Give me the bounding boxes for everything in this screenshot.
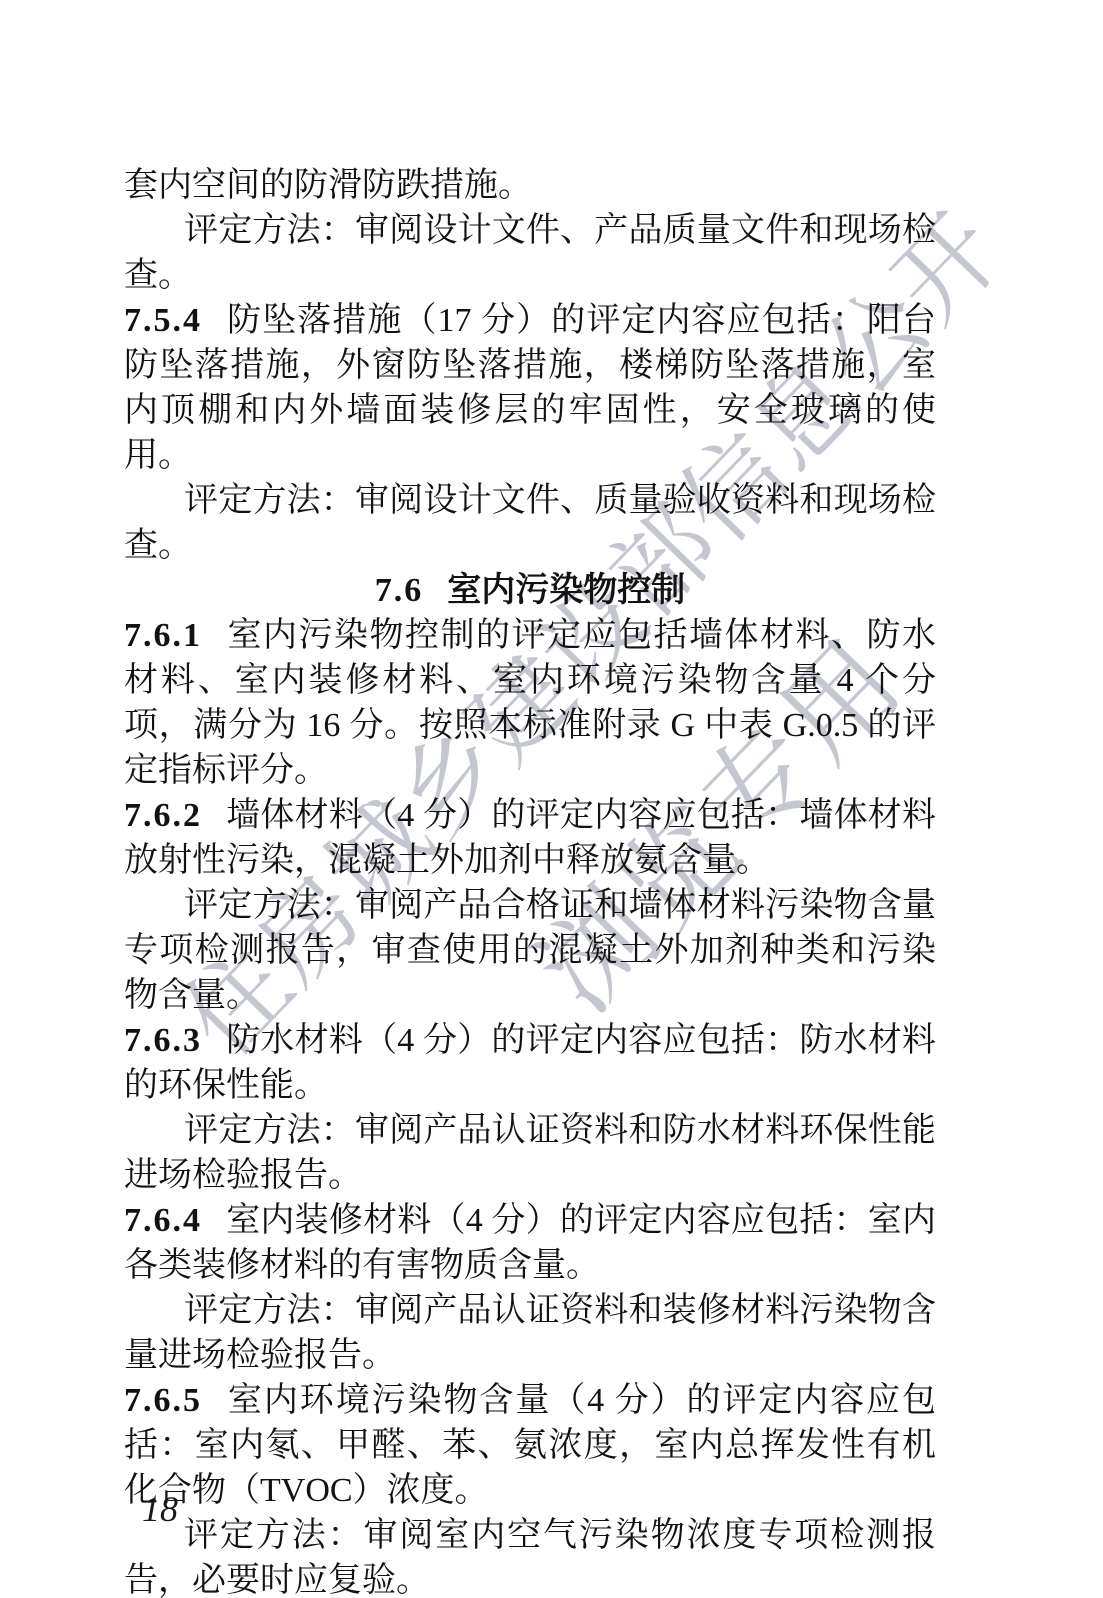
clause-paragraph: 7.6.1室内污染物控制的评定应包括墙体材料、防水材料、室内装修材料、室内环境污…: [124, 613, 936, 793]
clause-number: 7.6.2: [124, 797, 202, 834]
clause-text: 室内污染物控制的评定应包括墙体材料、防水材料、室内装修材料、室内环境污染物含量 …: [124, 617, 936, 789]
section-heading-number: 7.6: [375, 572, 424, 609]
section-heading: 7.6室内污染物控制: [124, 568, 936, 613]
section-heading-title: 室内污染物控制: [447, 572, 685, 609]
clause-number: 7.6.1: [124, 617, 202, 654]
document-page: 住房城乡建设部信息公开 浏览专用 套内空间的防滑防跌措施。评定方法：审阅设计文件…: [0, 0, 1103, 1598]
clause-paragraph: 7.6.4室内装修材料（4 分）的评定内容应包括：室内各类装修材料的有害物质含量…: [124, 1198, 936, 1288]
clause-text: 室内环境污染物含量（4 分）的评定内容应包括：室内氡、甲醛、苯、氨浓度，室内总挥…: [124, 1382, 936, 1509]
clause-number: 7.6.3: [124, 1022, 202, 1059]
clause-paragraph: 7.6.5室内环境污染物含量（4 分）的评定内容应包括：室内氡、甲醛、苯、氨浓度…: [124, 1378, 936, 1513]
clause-number: 7.5.4: [124, 302, 202, 339]
method-paragraph: 评定方法：审阅设计文件、质量验收资料和现场检查。: [124, 478, 936, 568]
method-paragraph: 评定方法：审阅产品认证资料和装修材料污染物含量进场检验报告。: [124, 1288, 936, 1378]
clause-text: 墙体材料（4 分）的评定内容应包括：墙体材料放射性污染，混凝土外加剂中释放氨含量…: [124, 797, 936, 879]
method-paragraph: 评定方法：审阅设计文件、产品质量文件和现场检查。: [124, 208, 936, 298]
method-paragraph: 评定方法：审阅产品认证资料和防水材料环保性能进场检验报告。: [124, 1108, 936, 1198]
method-paragraph: 评定方法：审阅室内空气污染物浓度专项检测报告，必要时应复验。: [124, 1513, 936, 1598]
clause-number: 7.6.5: [124, 1382, 202, 1419]
clause-paragraph: 7.5.4防坠落措施（17 分）的评定内容应包括：阳台防坠落措施，外窗防坠落措施…: [124, 298, 936, 478]
clause-number: 7.6.4: [124, 1202, 202, 1239]
clause-text: 防坠落措施（17 分）的评定内容应包括：阳台防坠落措施，外窗防坠落措施，楼梯防坠…: [124, 302, 936, 474]
clause-text: 室内装修材料（4 分）的评定内容应包括：室内各类装修材料的有害物质含量。: [124, 1202, 936, 1284]
method-paragraph: 评定方法：审阅产品合格证和墙体材料污染物含量专项检测报告，审查使用的混凝土外加剂…: [124, 883, 936, 1018]
clause-paragraph: 7.6.2墙体材料（4 分）的评定内容应包括：墙体材料放射性污染，混凝土外加剂中…: [124, 793, 936, 883]
page-content: 套内空间的防滑防跌措施。评定方法：审阅设计文件、产品质量文件和现场检查。7.5.…: [124, 163, 936, 1598]
clause-paragraph: 7.6.3防水材料（4 分）的评定内容应包括：防水材料的环保性能。: [124, 1018, 936, 1108]
page-number: 18: [142, 1488, 178, 1530]
clause-text: 防水材料（4 分）的评定内容应包括：防水材料的环保性能。: [124, 1022, 936, 1104]
continuation-paragraph: 套内空间的防滑防跌措施。: [124, 163, 936, 208]
